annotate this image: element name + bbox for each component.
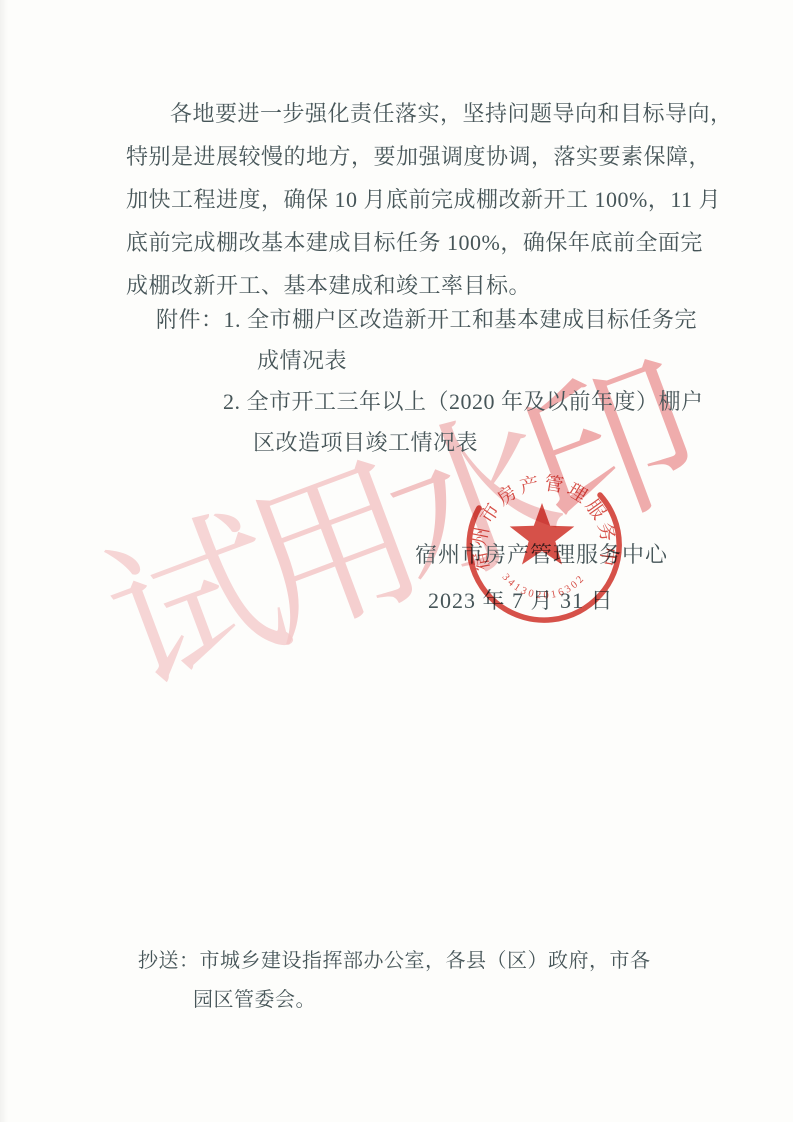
attachment-line: 2. 全市开工三年以上（2020 年及以前年度）棚户	[126, 381, 726, 422]
watermark-char: 试	[85, 496, 289, 722]
paragraph-line: 底前完成棚改基本建成目标任务 100%，确保年底前全面完	[126, 221, 726, 264]
paragraph-line: 加快工程进度，确保 10 月底前完成棚改新开工 100%，11 月	[126, 178, 726, 221]
attachment-line: 附件：1. 全市棚户区改造新开工和基本建成目标任务完	[126, 299, 726, 340]
cc-line: 抄送：市城乡建设指挥部办公室，各县（区）政府，市各	[138, 942, 698, 981]
signature-org: 宿州市房产管理服务中心	[415, 538, 668, 569]
attachment-line: 成情况表	[126, 340, 726, 381]
watermark-char: 用	[224, 444, 428, 670]
attachments-block: 附件：1. 全市棚户区改造新开工和基本建成目标任务完 成情况表 2. 全市开工三…	[126, 299, 726, 463]
cc-block: 抄送：市城乡建设指挥部办公室，各县（区）政府，市各 园区管委会。	[138, 942, 698, 1020]
signature-date: 2023 年 7 月 31 日	[428, 584, 614, 615]
main-paragraph: 各地要进一步强化责任落实，坚持问题导向和目标导向， 特别是进展较慢的地方，要加强…	[126, 92, 726, 307]
seal-code: 3413020163023	[444, 445, 586, 601]
document-page: 试用水印 各地要进一步强化责任落实，坚持问题导向和目标导向， 特别是进展较慢的地…	[0, 0, 793, 1122]
attachment-line: 区改造项目竣工情况表	[126, 422, 726, 463]
paragraph-line: 特别是进展较慢的地方，要加强调度协调，落实要素保障，	[126, 135, 726, 178]
cc-line: 园区管委会。	[138, 981, 698, 1020]
paragraph-line: 各地要进一步强化责任落实，坚持问题导向和目标导向，	[126, 92, 726, 135]
